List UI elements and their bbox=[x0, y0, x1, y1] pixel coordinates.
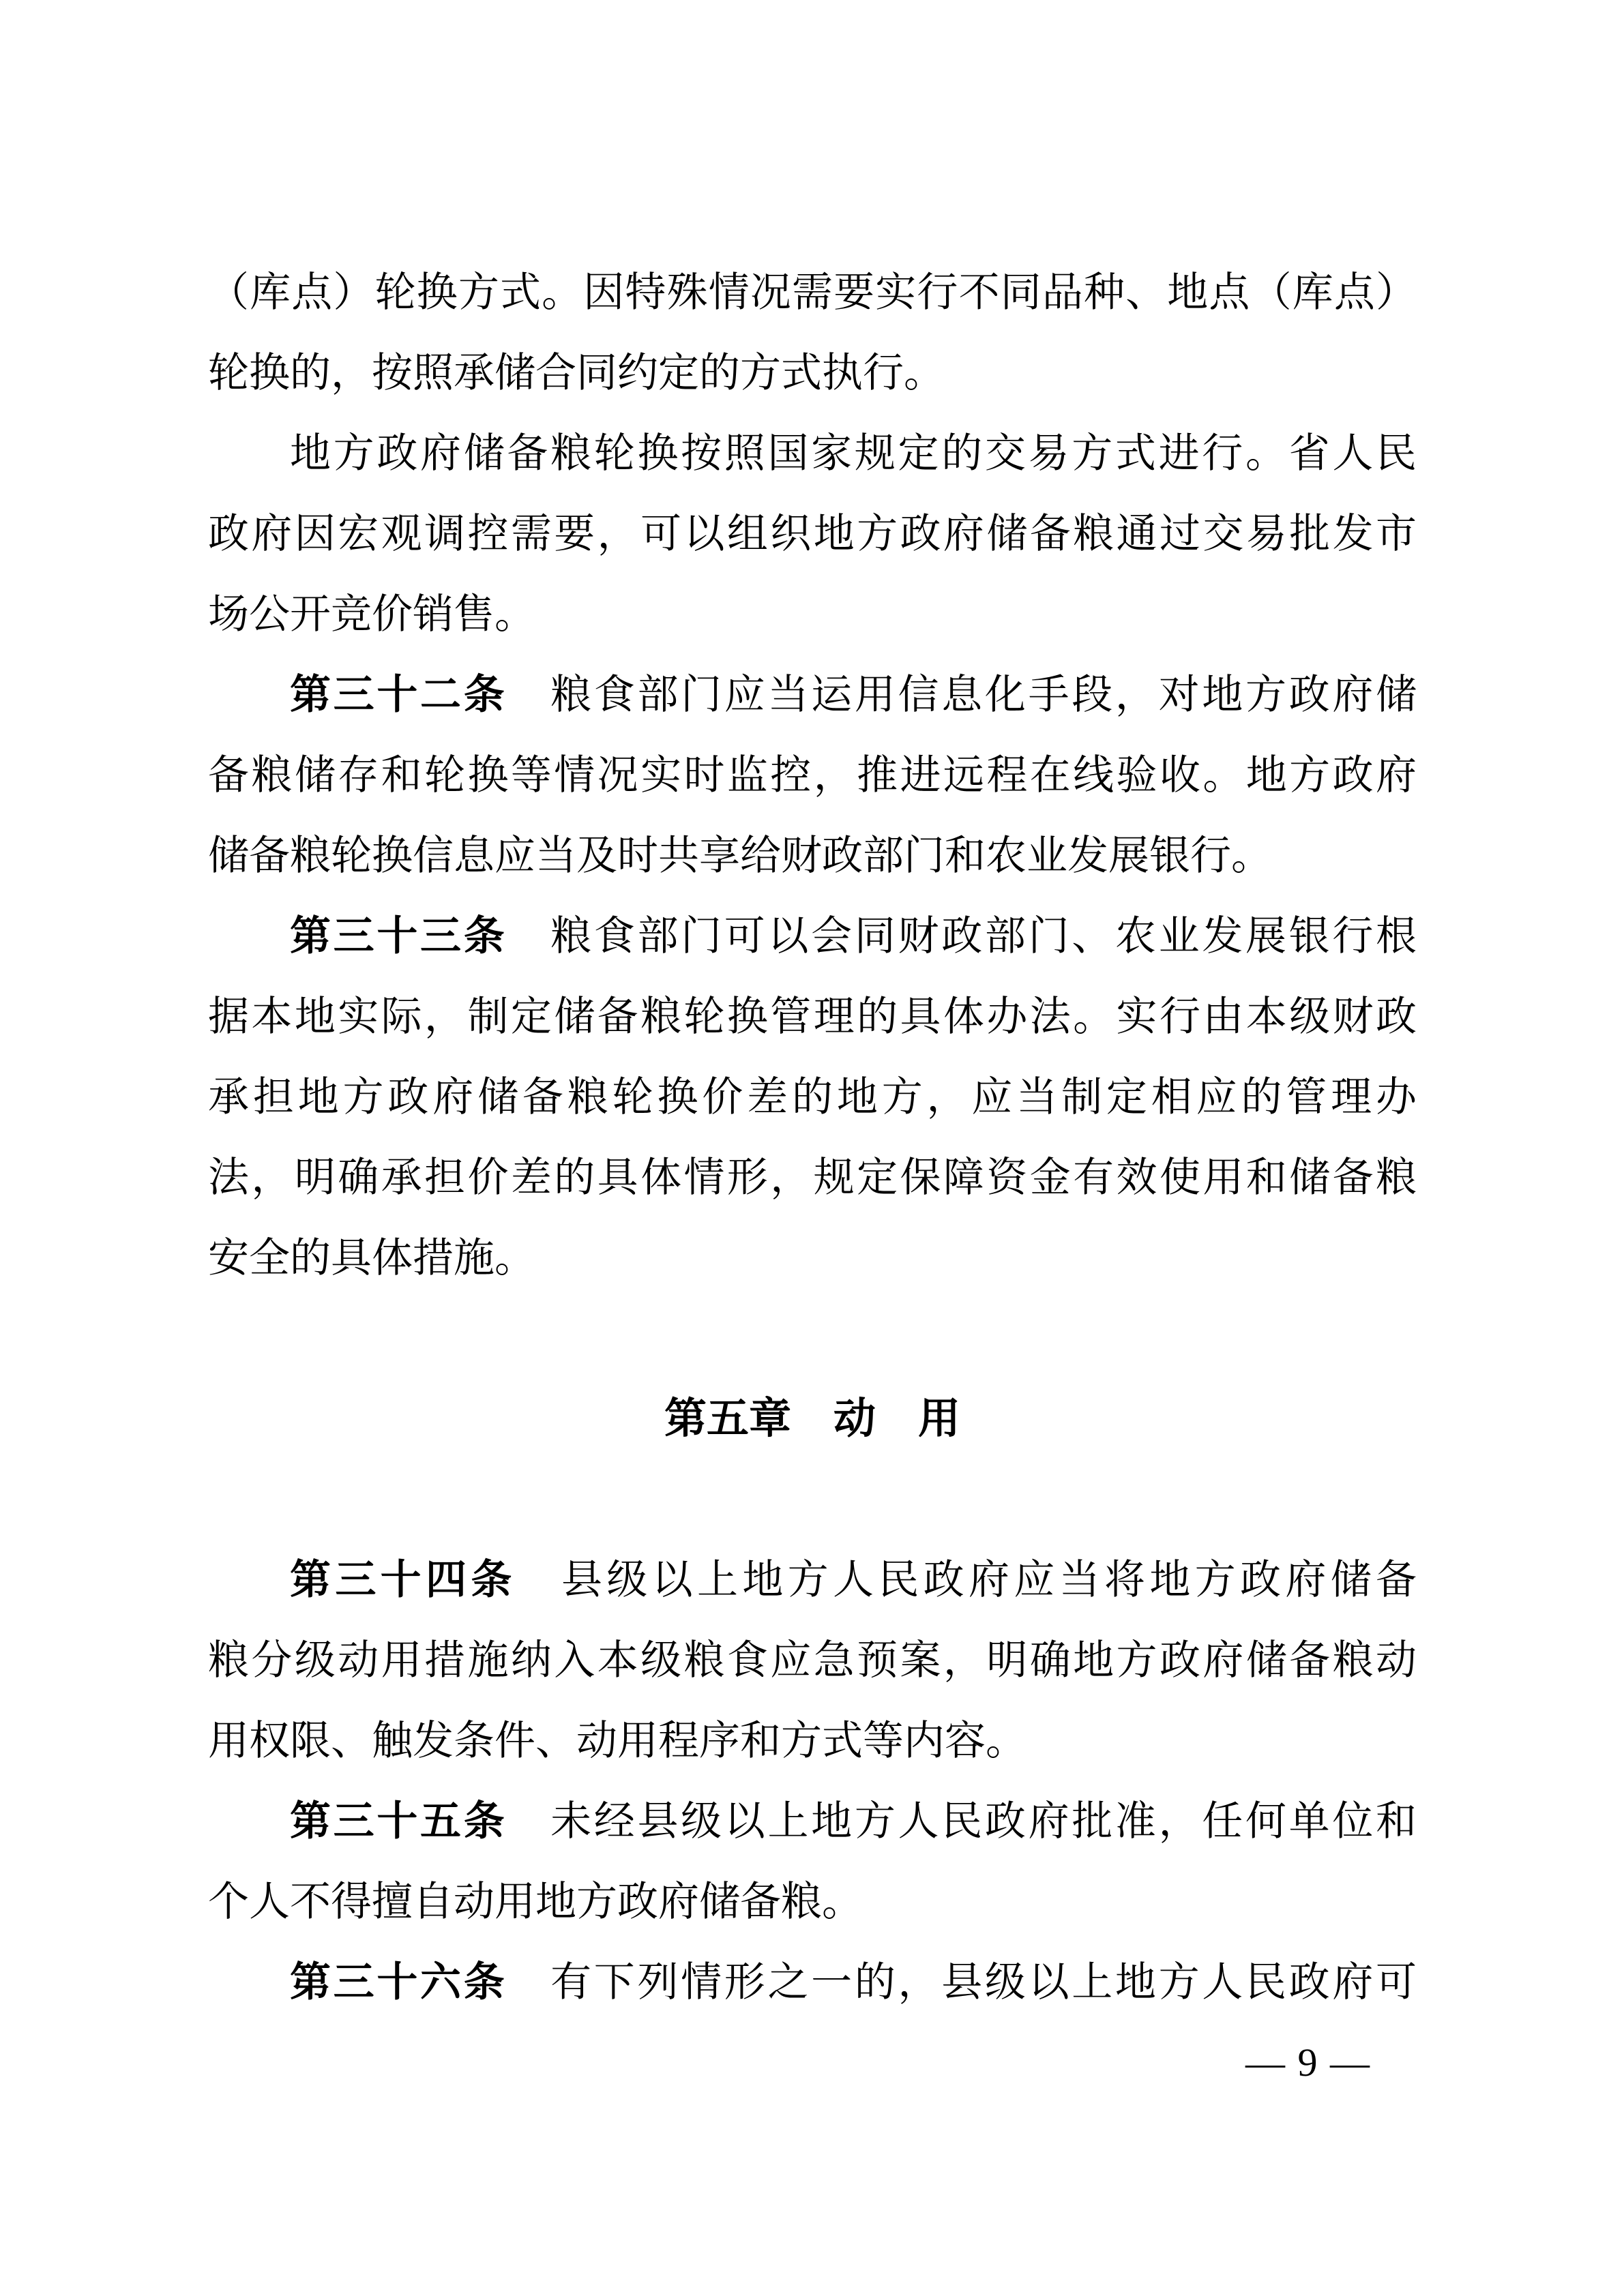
article-number: 第三十五条 bbox=[290, 1798, 507, 1844]
text-line: 第三十六条 有下列情形之一的，县级以上地方人民政府可 bbox=[208, 1942, 1417, 2023]
text-line: 储备粮轮换信息应当及时共享给财政部门和农业发展银行。 bbox=[208, 816, 1417, 896]
text-line: 法，明确承担价差的具体情形，规定保障资金有效使用和储备粮 bbox=[208, 1137, 1417, 1218]
article-number: 第三十三条 bbox=[290, 913, 507, 959]
chapter-heading: 第五章 动 用 bbox=[208, 1379, 1417, 1459]
document-page: （库点）轮换方式。因特殊情况需要实行不同品种、地点（库点） 轮换的，按照承储合同… bbox=[0, 0, 1624, 2296]
text-line: 据本地实际，制定储备粮轮换管理的具体办法。实行由本级财政 bbox=[208, 976, 1417, 1057]
text-line: 用权限、触发条件、动用程序和方式等内容。 bbox=[208, 1701, 1417, 1781]
line-text: 县级以上地方人民政府应当将地方政府储备 bbox=[516, 1557, 1417, 1602]
text-line: 第三十四条 县级以上地方人民政府应当将地方政府储备 bbox=[208, 1540, 1417, 1620]
text-line: 第三十五条 未经县级以上地方人民政府批准，任何单位和 bbox=[208, 1781, 1417, 1862]
text-line: 承担地方政府储备粮轮换价差的地方，应当制定相应的管理办 bbox=[208, 1057, 1417, 1137]
line-text: 未经县级以上地方人民政府批准，任何单位和 bbox=[507, 1799, 1417, 1844]
text-line: 场公开竞价销售。 bbox=[208, 574, 1417, 655]
text-line: 安全的具体措施。 bbox=[208, 1218, 1417, 1298]
text-line: 第三十二条 粮食部门应当运用信息化手段，对地方政府储 bbox=[208, 655, 1417, 735]
article-number: 第三十六条 bbox=[290, 1959, 507, 2005]
text-line: （库点）轮换方式。因特殊情况需要实行不同品种、地点（库点） bbox=[208, 252, 1417, 333]
text-line: 轮换的，按照承储合同约定的方式执行。 bbox=[208, 333, 1417, 413]
text-line: 备粮储存和轮换等情况实时监控，推进远程在线验收。地方政府 bbox=[208, 735, 1417, 816]
text-column: （库点）轮换方式。因特殊情况需要实行不同品种、地点（库点） 轮换的，按照承储合同… bbox=[208, 252, 1417, 2103]
text-line: 政府因宏观调控需要，可以组织地方政府储备粮通过交易批发市 bbox=[208, 494, 1417, 574]
article-number: 第三十四条 bbox=[290, 1557, 516, 1602]
text-line: 粮分级动用措施纳入本级粮食应急预案，明确地方政府储备粮动 bbox=[208, 1620, 1417, 1701]
page-number: — 9 — bbox=[208, 2023, 1417, 2103]
line-text: 粮食部门应当运用信息化手段，对地方政府储 bbox=[507, 672, 1417, 717]
line-text: 有下列情形之一的，县级以上地方人民政府可 bbox=[507, 1960, 1417, 2005]
line-text: 粮食部门可以会同财政部门、农业发展银行根 bbox=[507, 914, 1417, 959]
text-line: 第三十三条 粮食部门可以会同财政部门、农业发展银行根 bbox=[208, 896, 1417, 976]
article-number: 第三十二条 bbox=[290, 672, 507, 717]
text-line: 个人不得擅自动用地方政府储备粮。 bbox=[208, 1862, 1417, 1942]
text-line: 地方政府储备粮轮换按照国家规定的交易方式进行。省人民 bbox=[208, 413, 1417, 494]
